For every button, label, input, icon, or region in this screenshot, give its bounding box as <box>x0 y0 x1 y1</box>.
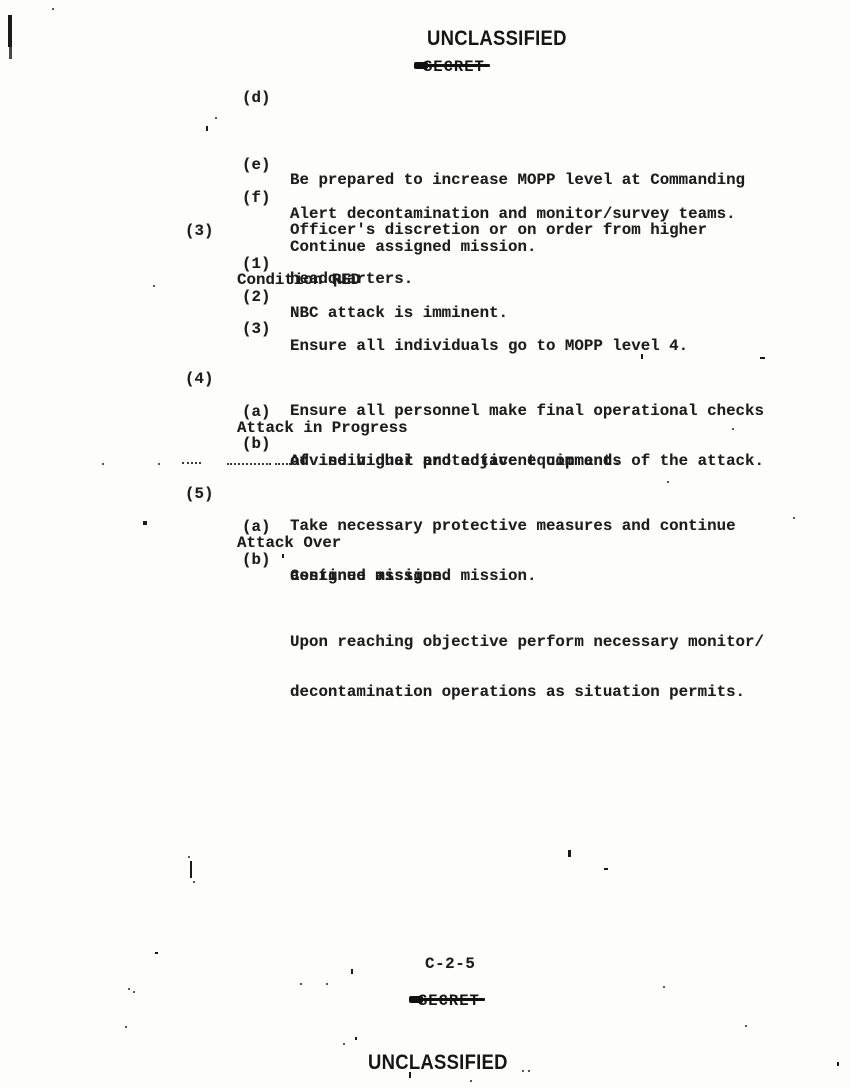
dotted-smear <box>227 463 271 465</box>
list-item-5b: (b) Upon reaching objective perform nece… <box>242 552 764 766</box>
scan-speck <box>604 868 608 870</box>
bottom-classification-banner: UNCLASSIFIED <box>368 1051 508 1075</box>
scan-speck <box>409 1072 411 1078</box>
scan-speck <box>470 1080 472 1082</box>
scan-speck <box>641 354 643 359</box>
scan-speck <box>125 1026 127 1028</box>
scan-speck <box>343 1043 345 1045</box>
scan-speck <box>732 428 734 430</box>
item-marker: (f) <box>242 190 270 206</box>
scan-speck <box>837 1062 839 1066</box>
squiggle-artifact <box>190 861 192 878</box>
scan-speck <box>663 986 665 988</box>
section-marker: (5) <box>185 486 213 502</box>
scan-speck <box>282 554 284 558</box>
item-marker: (3) <box>242 321 270 337</box>
scanned-document-page: UNCLASSIFIED SECRET (d) Be prepared to i… <box>0 0 850 1087</box>
scan-speck <box>522 1070 524 1072</box>
scan-speck <box>143 521 147 525</box>
item-marker: (b) <box>242 436 270 452</box>
top-classification-banner: UNCLASSIFIED <box>427 27 567 51</box>
item-marker: (d) <box>242 90 270 106</box>
struck-secret-bottom-text: SECRET <box>418 992 480 1010</box>
scan-speck <box>188 856 190 858</box>
strikethrough-line <box>414 64 490 67</box>
item-marker: (a) <box>242 404 270 420</box>
scan-speck <box>128 988 130 990</box>
item-text-line: Upon reaching objective perform necessar… <box>290 634 764 650</box>
page-number: C-2-5 <box>425 956 475 972</box>
scan-speck <box>326 983 328 985</box>
item-marker: (b) <box>242 552 270 568</box>
margin-bar-artifact <box>9 47 12 59</box>
struck-secret-top-text: SECRET <box>423 58 485 76</box>
scan-speck <box>300 983 302 985</box>
scan-speck <box>667 481 669 483</box>
scan-speck <box>793 517 795 519</box>
section-marker: (4) <box>185 371 213 387</box>
dotted-smear <box>158 463 160 465</box>
item-marker: (1) <box>242 256 270 272</box>
item-marker: (e) <box>242 157 270 173</box>
struck-secret-top: SECRET <box>423 58 485 76</box>
dotted-smear <box>182 462 201 464</box>
dotted-smear <box>102 463 104 465</box>
scan-speck <box>355 1037 357 1040</box>
scan-speck <box>153 285 155 287</box>
scan-speck <box>745 1025 747 1027</box>
struck-secret-bottom: SECRET <box>418 992 480 1010</box>
scan-speck <box>155 952 158 954</box>
scan-speck <box>133 991 135 993</box>
scan-speck <box>568 850 571 857</box>
scan-speck <box>760 357 765 359</box>
scan-speck <box>206 126 208 131</box>
scan-speck <box>215 117 217 119</box>
section-marker: (3) <box>185 223 213 239</box>
dotted-smear <box>275 463 291 465</box>
item-text-line: decontamination operations as situation … <box>290 684 764 700</box>
scan-speck <box>193 881 195 883</box>
item-marker: (a) <box>242 519 270 535</box>
item-marker: (2) <box>242 289 270 305</box>
strikethrough-line <box>409 998 485 1001</box>
scan-speck <box>52 8 54 10</box>
margin-bar-artifact <box>8 15 12 47</box>
scan-speck <box>351 969 353 974</box>
scan-speck <box>528 1070 530 1072</box>
